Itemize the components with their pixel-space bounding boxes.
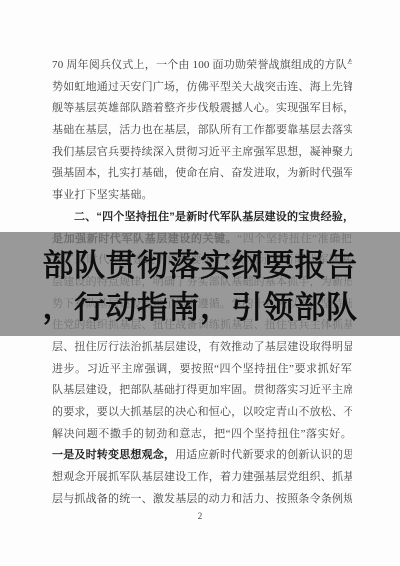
text-segment: 基础在基层，活力也在基层，部队所有工作都要靠基层去落实， — [52, 124, 352, 136]
text-segment: 70 周年阅兵仪式上，一个由 100 面功勋荣誉战旗组成的方队气 — [52, 59, 352, 71]
document-photo: 70 周年阅兵仪式上，一个由 100 面功勋荣誉战旗组成的方队气势如虹地通过天安… — [0, 0, 400, 566]
text-line: 70 周年阅兵仪式上，一个由 100 面功勋荣誉战旗组成的方队气 — [52, 55, 352, 77]
text-line: 队基层建设，把部队基础打得更加牢固。贯彻落实习近平主席 — [52, 380, 352, 402]
text-segment: 事业打下坚实基础。 — [52, 189, 153, 201]
text-segment: 解决问题不撒手的韧劲和意志，把“四个坚持扭住”落实好。 — [52, 428, 352, 440]
text-segment: 强基固本，扎实打基础，使命在肩、奋发进取，为新时代强军 — [52, 167, 352, 179]
text-line: 层、扭住厉行法治抓基层建设，有效推动了基层建设取得明显 — [52, 337, 352, 359]
text-line: 进步。习近平主席强调，要按照“四个坚持扭住”要求抓好军 — [52, 359, 352, 381]
text-segment: 想观念开展抓军队基层建设工作，着力建强基层党组织、抓基 — [52, 471, 352, 483]
text-segment: 势如虹地通过天安门广场，仿佛平型关大战突击连、海上先锋 — [52, 81, 352, 93]
text-line: 基础在基层，活力也在基层，部队所有工作都要靠基层去落实， — [52, 120, 352, 142]
text-line: 想观念开展抓军队基层建设工作，着力建强基层党组织、抓基 — [52, 467, 352, 489]
overlay-title-line-2: ，行动指南，引领部队 — [0, 287, 400, 329]
text-segment: 层、扭住厉行法治抓基层建设，有效推动了基层建设取得明显 — [52, 341, 352, 353]
text-line: 二、“四个坚持扭住”是新时代军队基层建设的宝贵经验， — [52, 207, 352, 229]
text-line: 强基固本，扎实打基础，使命在肩、奋发进取，为新时代强军 — [52, 163, 352, 185]
text-line: 事业打下坚实基础。 — [52, 185, 352, 207]
text-segment: 的要求，要以大抓基层的决心和恒心，以咬定青山不放松、不 — [52, 406, 352, 418]
text-segment: 进步。习近平主席强调，要按照“四个坚持扭住”要求抓好军 — [52, 363, 352, 375]
text-segment: 层与抓战备的统一、激发基层的动力和活力、按照条令条例规 — [52, 493, 352, 505]
text-segment-bold: 二、“四个坚持扭住”是新时代军队基层建设的宝贵经验， — [74, 211, 352, 223]
overlay-title-line-1: 部队贯彻落实纲要报告 — [0, 245, 400, 287]
text-segment: 我们基层官兵要持续深入贯彻习近平主席强军思想，凝神聚力 — [52, 146, 352, 158]
text-line: 势如虹地通过天安门广场，仿佛平型关大战突击连、海上先锋 — [52, 77, 352, 99]
text-segment-bold: 一是及时转变思想观念， — [52, 449, 175, 461]
text-line: 的要求，要以大抓基层的决心和恒心，以咬定青山不放松、不 — [52, 402, 352, 424]
text-line: 舰等基层英雄部队踏着整齐步伐般震撼人心。实现强军目标， — [52, 98, 352, 120]
overlay-band: 部队贯彻落实纲要报告 ，行动指南，引领部队 — [0, 232, 400, 336]
text-line: 解决问题不撒手的韧劲和意志，把“四个坚持扭住”落实好。 — [52, 424, 352, 446]
text-segment: 用适应新时代新要求的创新认识的思 — [175, 449, 352, 461]
text-segment: 舰等基层英雄部队踏着整齐步伐般震撼人心。实现强军目标， — [52, 102, 352, 114]
text-segment: 队基层建设，把部队基础打得更加牢固。贯彻落实习近平主席 — [52, 384, 352, 396]
text-line: 一是及时转变思想观念，用适应新时代新要求的创新认识的思 — [52, 445, 352, 467]
text-line: 层与抓战备的统一、激发基层的动力和活力、按照条令条例规 — [52, 489, 352, 511]
text-line: 我们基层官兵要持续深入贯彻习近平主席强军思想，凝神聚力 — [52, 142, 352, 164]
page-number: 2 — [0, 511, 400, 521]
